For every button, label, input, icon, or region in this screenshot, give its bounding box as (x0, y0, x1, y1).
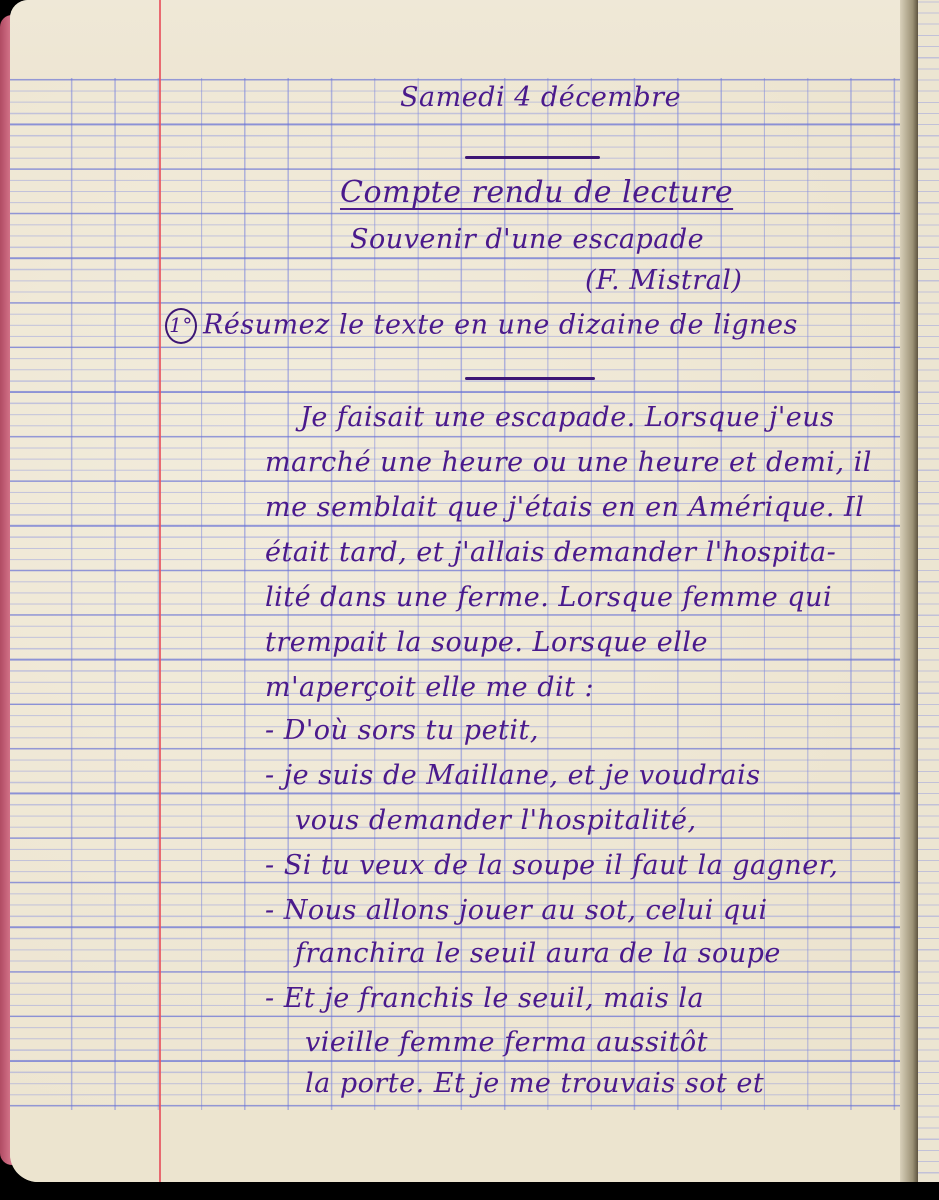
facing-page-edge (918, 0, 939, 1182)
body-line: Je faisait une escapade. Lorsque j'eus (300, 402, 835, 433)
body-line: - Si tu veux de la soupe il faut la gagn… (265, 850, 838, 881)
text-title: Souvenir d'une escapade (350, 224, 704, 255)
body-line: vieille femme ferma aussitôt (305, 1027, 708, 1058)
body-line: vous demander l'hospitalité, (295, 805, 697, 836)
body-line: - Et je franchis le seuil, mais la (265, 983, 704, 1014)
body-line: trempait la soupe. Lorsque elle (265, 627, 708, 658)
page-date: Samedi 4 décembre (400, 82, 681, 113)
body-line: m'aperçoit elle me dit : (265, 672, 594, 703)
body-line: - je suis de Maillane, et je voudrais (265, 760, 761, 791)
body-line: me semblait que j'étais en en Amérique. … (265, 492, 864, 523)
body-line: était tard, et j'allais demander l'hospi… (265, 537, 836, 568)
text-author: (F. Mistral) (585, 265, 742, 296)
page-heading: Compte rendu de lecture (340, 175, 733, 210)
body-line: la porte. Et je me trouvais sot et (305, 1068, 764, 1099)
red-margin-line (159, 0, 161, 1182)
body-line: lité dans une ferme. Lorsque femme qui (265, 582, 832, 613)
notebook-spine (900, 0, 918, 1182)
question-number-circled: 1° (165, 308, 197, 344)
page-bottom-margin (10, 1110, 915, 1182)
question-line: 1°Résumez le texte en une dizaine de lig… (165, 308, 798, 344)
body-line: franchira le seuil aura de la soupe (295, 938, 781, 969)
notebook-page: Samedi 4 décembre Compte rendu de lectur… (10, 0, 915, 1182)
divider-rule (465, 377, 595, 380)
body-line: - D'où sors tu petit, (265, 715, 539, 746)
page-top-margin (10, 0, 915, 78)
divider-rule (465, 156, 600, 159)
question-text: Résumez le texte en une dizaine de ligne… (203, 310, 798, 341)
body-line: marché une heure ou une heure et demi, i… (265, 447, 872, 478)
body-line: - Nous allons jouer au sot, celui qui (265, 895, 768, 926)
